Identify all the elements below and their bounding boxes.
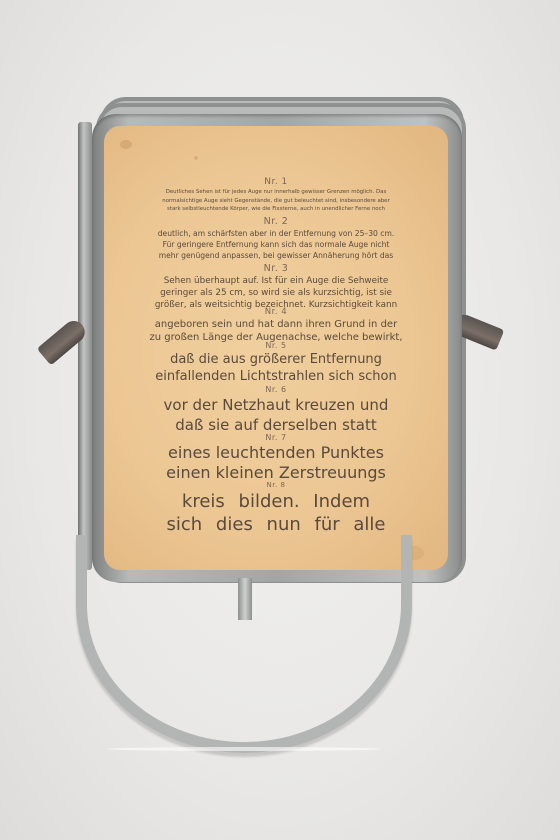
text-line: geringer als 25 cm, so wird sie als kurz… bbox=[104, 287, 448, 299]
text-line: einfallenden Lichtstrahlen sich schon bbox=[104, 368, 448, 385]
section-6: Nr. 6 vor der Netzhaut kreuzen und daß s… bbox=[104, 384, 448, 435]
text-line: vor der Netzhaut kreuzen und bbox=[104, 395, 448, 415]
text-line: deutlich, am schärfsten aber in der Entf… bbox=[104, 228, 448, 239]
section-7: Nr. 7 eines leuchtenden Punktes einen kl… bbox=[104, 432, 448, 483]
section-number: Nr. 6 bbox=[104, 384, 448, 395]
section-number: Nr. 3 bbox=[104, 263, 448, 275]
tubular-stand-base bbox=[76, 535, 412, 753]
text-line: Für geringere Entfernung kann sich das n… bbox=[104, 239, 448, 250]
section-number: Nr. 7 bbox=[104, 432, 448, 443]
section-3: Nr. 3 Sehen überhaupt auf. Ist für ein A… bbox=[104, 263, 448, 311]
text-line: eines leuchtenden Punktes bbox=[104, 443, 448, 463]
text-line: daß die aus größerer Entfernung bbox=[104, 351, 448, 368]
section-8: Nr. 8 kreis bilden. Indem sich dies nun … bbox=[104, 480, 448, 536]
text-line: sich dies nun für alle bbox=[104, 513, 448, 536]
section-1: Nr. 1 Deutliches Sehen ist für jedes Aug… bbox=[104, 176, 448, 214]
text-line: mehr genügend anpassen, bei gewisser Ann… bbox=[104, 250, 448, 261]
section-number: Nr. 5 bbox=[104, 340, 448, 351]
section-number: Nr. 2 bbox=[104, 216, 448, 228]
text-line: kreis bilden. Indem bbox=[104, 490, 448, 513]
reading-card: Nr. 1 Deutliches Sehen ist für jedes Aug… bbox=[104, 126, 448, 570]
section-number: Nr. 4 bbox=[104, 306, 448, 318]
section-number: Nr. 8 bbox=[104, 480, 448, 490]
photo-scene: Nr. 1 Deutliches Sehen ist für jedes Aug… bbox=[0, 0, 560, 840]
section-4: Nr. 4 angeboren sein und hat dann ihren … bbox=[104, 306, 448, 344]
text-line: stark selbstleuchtende Körper, wie die F… bbox=[104, 205, 448, 214]
section-number: Nr. 1 bbox=[104, 176, 448, 188]
text-line: Deutliches Sehen ist für jedes Auge nur … bbox=[104, 188, 448, 197]
section-5: Nr. 5 daß die aus größerer Entfernung ei… bbox=[104, 340, 448, 385]
left-hinge bbox=[78, 122, 92, 570]
section-2: Nr. 2 deutlich, am schärfsten aber in de… bbox=[104, 216, 448, 261]
text-line: Sehen überhaupt auf. Ist für ein Auge di… bbox=[104, 275, 448, 287]
text-line: normalsichtige Auge sieht Gegenstände, d… bbox=[104, 197, 448, 206]
text-line: angeboren sein und hat dann ihren Grund … bbox=[104, 318, 448, 331]
